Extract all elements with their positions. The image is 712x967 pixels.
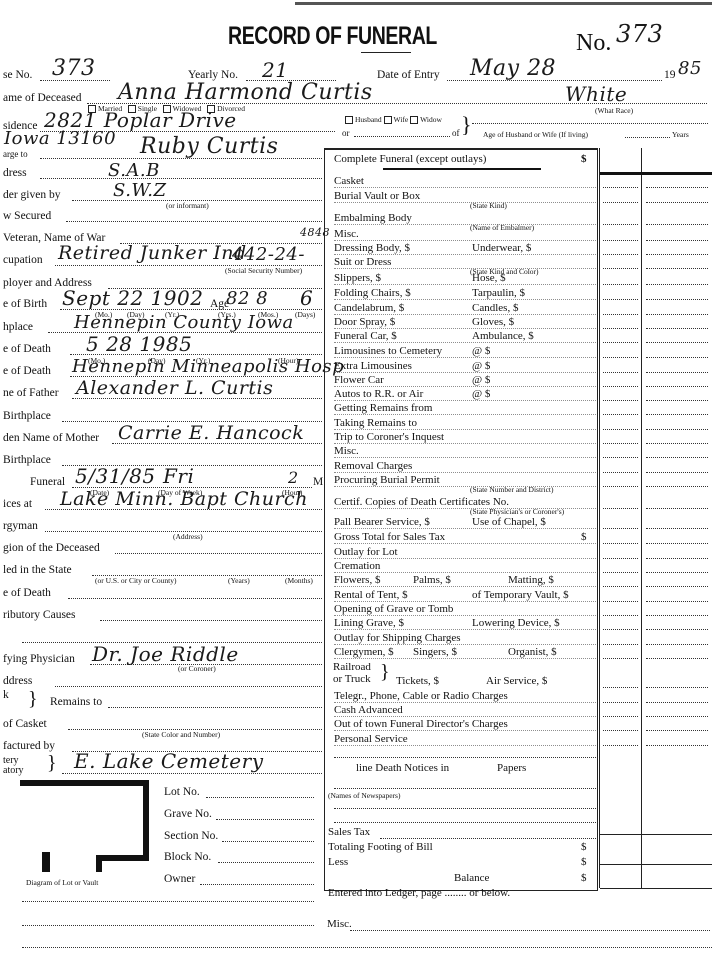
ship-label: k xyxy=(3,688,9,702)
amount-cents-field[interactable] xyxy=(646,386,708,387)
amount-dollars-field[interactable] xyxy=(603,457,638,458)
amount-dollars-field[interactable] xyxy=(603,202,638,203)
address-label: dress xyxy=(3,166,27,180)
birthplace-label: hplace xyxy=(3,320,33,334)
birthplace-value[interactable]: Hennepin County Iowa xyxy=(74,312,294,333)
amount-cents-field[interactable] xyxy=(646,508,708,509)
remains-brace: } xyxy=(28,688,38,711)
death-place-label: e of Death xyxy=(3,364,51,378)
year-prefix: 19 xyxy=(664,68,676,82)
amount-cents-field[interactable] xyxy=(646,601,708,602)
mother-birthplace-label: Birthplace xyxy=(3,453,51,467)
charge-caption: (Name of Embalmer) xyxy=(470,223,534,232)
occupation-label: cupation xyxy=(3,253,43,267)
or-label: or xyxy=(342,129,350,138)
amount-cents-field[interactable] xyxy=(646,240,708,241)
amount-dollars-field[interactable] xyxy=(603,443,638,444)
railroad-brace: } xyxy=(380,661,390,684)
age-spouse-label: Age of Husband or Wife (If living) xyxy=(483,130,588,139)
amount-dollars-field[interactable] xyxy=(603,745,638,746)
amount-cents-field[interactable] xyxy=(646,558,708,559)
charges-dollar-column xyxy=(597,148,600,888)
amount-dollars-field[interactable] xyxy=(603,472,638,473)
newspapers-caption: (Names of Newspapers) xyxy=(328,791,400,800)
amount-cents-field[interactable] xyxy=(646,342,708,343)
death-place-value[interactable]: Hennepin Minneapolis Hosp xyxy=(72,356,344,377)
grave-label: Grave No. xyxy=(164,807,212,821)
caption-days: (Days) xyxy=(295,310,315,319)
religion-label: gion of the Deceased xyxy=(3,541,100,555)
tax-rule xyxy=(600,834,712,835)
brace: } xyxy=(461,112,472,138)
amount-dollars-field[interactable] xyxy=(603,224,638,225)
section-label: Section No. xyxy=(164,829,218,843)
amount-cents-field[interactable] xyxy=(646,400,708,401)
birth-label: e of Birth xyxy=(3,297,47,311)
diagram-caption: Diagram of Lot or Vault xyxy=(26,878,98,887)
order-value[interactable]: S.W.Z xyxy=(113,180,167,201)
physician-label: fying Physician xyxy=(3,652,75,666)
amount-cents-field[interactable] xyxy=(646,615,708,616)
amount-cents-field[interactable] xyxy=(646,284,708,285)
case-no-value[interactable]: 373 xyxy=(52,56,96,81)
amount-dollars-field[interactable] xyxy=(603,601,638,602)
amount-dollars-field[interactable] xyxy=(603,543,638,544)
funeral-dow-value[interactable]: Fri xyxy=(163,464,194,488)
vault-diagram-post-right xyxy=(96,855,102,872)
ledger-label: Entered into Ledger, page ........ or be… xyxy=(328,887,510,900)
how-secured-label: w Secured xyxy=(3,209,51,223)
name-value[interactable]: Anna Harmond Curtis xyxy=(118,80,373,105)
amount-dollars-field[interactable] xyxy=(603,615,638,616)
amount-dollars-field[interactable] xyxy=(603,730,638,731)
misc-bottom-label: Misc. xyxy=(327,918,352,931)
railroad-label: Railroador Truck xyxy=(333,661,371,685)
air-service-label: Air Service, $ xyxy=(486,675,547,688)
cemetery-label: teryatory xyxy=(3,756,24,776)
wife-checkbox[interactable]: Wife xyxy=(384,115,409,124)
column-header-rule xyxy=(600,172,712,175)
totaling-dollar: $ xyxy=(581,841,587,854)
amount-cents-field[interactable] xyxy=(646,429,708,430)
clergyman-caption: (Address) xyxy=(173,532,203,541)
amount-dollars-field[interactable] xyxy=(603,586,638,587)
less-rule xyxy=(600,864,712,865)
race-caption: (What Race) xyxy=(595,106,633,115)
page-title: RECORD OF FUNERAL xyxy=(228,22,437,51)
amount-dollars-field[interactable] xyxy=(603,400,638,401)
vault-diagram-post-left xyxy=(42,852,50,872)
casket-label: of Casket xyxy=(3,717,47,731)
amount-dollars-field[interactable] xyxy=(603,372,638,373)
death-date-label: e of Death xyxy=(3,342,51,356)
amount-cents-field[interactable] xyxy=(646,745,708,746)
case-no-label: se No. xyxy=(3,68,32,82)
complete-funeral-dollar: $ xyxy=(581,153,587,166)
years-label: Years xyxy=(672,130,689,139)
complete-funeral-label: Complete Funeral (except outlays) xyxy=(334,153,486,166)
lot-label: Lot No. xyxy=(164,785,200,799)
amount-cents-field[interactable] xyxy=(646,328,708,329)
contrib-label: ributory Causes xyxy=(3,608,76,622)
charge-prefix-value[interactable]: Iowa 13160 xyxy=(4,128,116,149)
papers-label: Papers xyxy=(497,762,526,775)
death-date-value[interactable]: 5 28 1985 xyxy=(86,332,192,356)
amount-cents-field[interactable] xyxy=(646,730,708,731)
balance-dollar: $ xyxy=(581,872,587,885)
amount-dollars-field[interactable] xyxy=(603,299,638,300)
amount-dollars-field[interactable] xyxy=(603,187,638,188)
amount-dollars-field[interactable] xyxy=(603,414,638,415)
manufactured-label: factured by xyxy=(3,739,55,753)
amount-cents-field[interactable] xyxy=(646,224,708,225)
amount-dollars-field[interactable] xyxy=(603,508,638,509)
name-label: ame of Deceased xyxy=(3,91,82,105)
amount-cents-field[interactable] xyxy=(646,687,708,688)
services-label: ices at xyxy=(3,497,32,511)
amount-dollars-field[interactable] xyxy=(603,486,638,487)
amount-dollars-field[interactable] xyxy=(603,716,638,717)
occupation-value[interactable]: Retired Junker Ind xyxy=(58,242,247,264)
lived-caption-years: (Years) xyxy=(228,576,250,585)
phys-address-label: ddress xyxy=(3,674,32,688)
cemetery-value[interactable]: E. Lake Cemetery xyxy=(74,749,264,773)
amount-cents-field[interactable] xyxy=(646,472,708,473)
amount-cents-field[interactable] xyxy=(646,414,708,415)
amount-cents-field[interactable] xyxy=(646,486,708,487)
remains-label: Remains to xyxy=(50,695,102,709)
funeral-m: M xyxy=(313,475,323,489)
lived-label: led in the State xyxy=(3,563,72,577)
birth-value[interactable]: Sept 22 1902 xyxy=(62,286,203,310)
charge-label: arge to xyxy=(3,147,28,161)
charge-value[interactable]: Ruby Curtis xyxy=(140,134,278,159)
amount-cents-field[interactable] xyxy=(646,372,708,373)
amount-dollars-field[interactable] xyxy=(603,702,638,703)
amount-dollars-field[interactable] xyxy=(603,687,638,688)
amount-dollars-field[interactable] xyxy=(603,254,638,255)
vault-diagram-right xyxy=(143,780,149,860)
order-label: der given by xyxy=(3,188,60,202)
top-border xyxy=(295,2,712,5)
yearly-no-value[interactable]: 21 xyxy=(262,58,288,82)
amount-cents-field[interactable] xyxy=(646,716,708,717)
less-label: Less xyxy=(328,856,348,869)
amount-cents-field[interactable] xyxy=(646,457,708,458)
amount-dollars-field[interactable] xyxy=(603,429,638,430)
widow-checkbox[interactable]: Widow xyxy=(410,115,442,124)
amount-cents-field[interactable] xyxy=(646,268,708,269)
father-value[interactable]: Alexander L. Curtis xyxy=(76,377,273,399)
address-value[interactable]: S.A.B xyxy=(108,160,160,181)
amount-dollars-field[interactable] xyxy=(603,284,638,285)
amount-cents-field[interactable] xyxy=(646,543,708,544)
vault-diagram-bottom xyxy=(96,855,149,861)
vault-diagram-top xyxy=(20,780,148,786)
amount-cents-field[interactable] xyxy=(646,572,708,573)
complete-funeral-underline xyxy=(383,168,541,170)
balance-label: Balance xyxy=(454,872,489,885)
amount-dollars-field[interactable] xyxy=(603,629,638,630)
amount-cents-field[interactable] xyxy=(646,202,708,203)
amount-dollars-field[interactable] xyxy=(603,268,638,269)
record-no-label: No. xyxy=(576,30,611,57)
less-dollar: $ xyxy=(581,856,587,869)
charge-caption: (State Physician's or Coroner's) xyxy=(470,507,564,516)
death-notices-label: line Death Notices in xyxy=(356,762,449,775)
amount-cents-field[interactable] xyxy=(646,644,708,645)
amount-dollars-field[interactable] xyxy=(603,528,638,529)
year-value[interactable]: 85 xyxy=(678,58,702,79)
charges-cents-column xyxy=(641,148,642,888)
block-label: Block No. xyxy=(164,850,211,864)
amount-dollars-field[interactable] xyxy=(603,240,638,241)
mother-label: den Name of Mother xyxy=(3,431,99,445)
amount-dollars-field[interactable] xyxy=(603,328,638,329)
order-caption: (or informant) xyxy=(166,201,209,210)
amount-dollars-field[interactable] xyxy=(603,357,638,358)
amount-cents-field[interactable] xyxy=(646,629,708,630)
cemetery-brace: } xyxy=(47,752,57,775)
amount-dollars-field[interactable] xyxy=(603,572,638,573)
lived-caption-months: (Months) xyxy=(285,576,313,585)
amount-cents-field[interactable] xyxy=(646,357,708,358)
sales-tax-label: Sales Tax xyxy=(328,826,370,839)
amount-cents-field[interactable] xyxy=(646,658,708,659)
date-entry-label: Date of Entry xyxy=(377,68,440,82)
amount-cents-field[interactable] xyxy=(646,586,708,587)
ssn-caption: (Social Security Number) xyxy=(225,266,302,275)
bottom-rule xyxy=(600,888,712,889)
amount-dollars-field[interactable] xyxy=(603,658,638,659)
charge-caption: (State Kind) xyxy=(470,201,507,210)
services-value[interactable]: Lake Minn. Bapt Church xyxy=(60,488,308,510)
age-days-value[interactable]: 6 xyxy=(300,286,313,310)
husband-checkbox[interactable]: Husband xyxy=(345,115,382,124)
funeral-label: Funeral xyxy=(30,475,65,489)
amount-dollars-field[interactable] xyxy=(603,558,638,559)
amount-dollars-field[interactable] xyxy=(603,386,638,387)
amount-cents-field[interactable] xyxy=(646,443,708,444)
of-label: of xyxy=(452,129,460,138)
amount-cents-field[interactable] xyxy=(646,528,708,529)
owner-label: Owner xyxy=(164,872,195,886)
funeral-hour-value[interactable]: 2 xyxy=(288,468,299,487)
amount-cents-field[interactable] xyxy=(646,702,708,703)
funeral-date-value[interactable]: 5/31/85 xyxy=(75,464,156,488)
physician-caption: (or Coroner) xyxy=(178,664,216,673)
record-no-value[interactable]: 373 xyxy=(616,20,663,48)
amount-cents-field[interactable] xyxy=(646,187,708,188)
totaling-label: Totaling Footing of Bill xyxy=(328,841,433,854)
lived-caption-place: (or U.S. or City or County) xyxy=(95,576,176,585)
spouse-options: Husband Wife Widow xyxy=(345,115,442,124)
amount-cents-field[interactable] xyxy=(646,299,708,300)
amount-cents-field[interactable] xyxy=(646,254,708,255)
tickets-label: Tickets, $ xyxy=(396,675,439,688)
age-value[interactable]: 82 8 xyxy=(226,288,268,309)
charge-caption: (State Number and District) xyxy=(470,485,554,494)
clergyman-label: rgyman xyxy=(3,519,38,533)
race-value[interactable]: White xyxy=(565,82,627,106)
ssn-value[interactable]: 442-24- xyxy=(232,244,305,265)
physician-value[interactable]: Dr. Joe Riddle xyxy=(92,642,239,666)
cause-label: e of Death xyxy=(3,586,51,600)
amount-dollars-field[interactable] xyxy=(603,644,638,645)
father-label: ne of Father xyxy=(3,386,59,400)
amount-dollars-field[interactable] xyxy=(603,314,638,315)
title-underline xyxy=(361,52,411,53)
father-birthplace-label: Birthplace xyxy=(3,409,51,423)
casket-caption: (State Color and Number) xyxy=(142,730,220,739)
amount-dollars-field[interactable] xyxy=(603,342,638,343)
mother-value[interactable]: Carrie E. Hancock xyxy=(118,422,304,444)
date-entry-value[interactable]: May 28 xyxy=(470,56,556,81)
amount-cents-field[interactable] xyxy=(646,314,708,315)
